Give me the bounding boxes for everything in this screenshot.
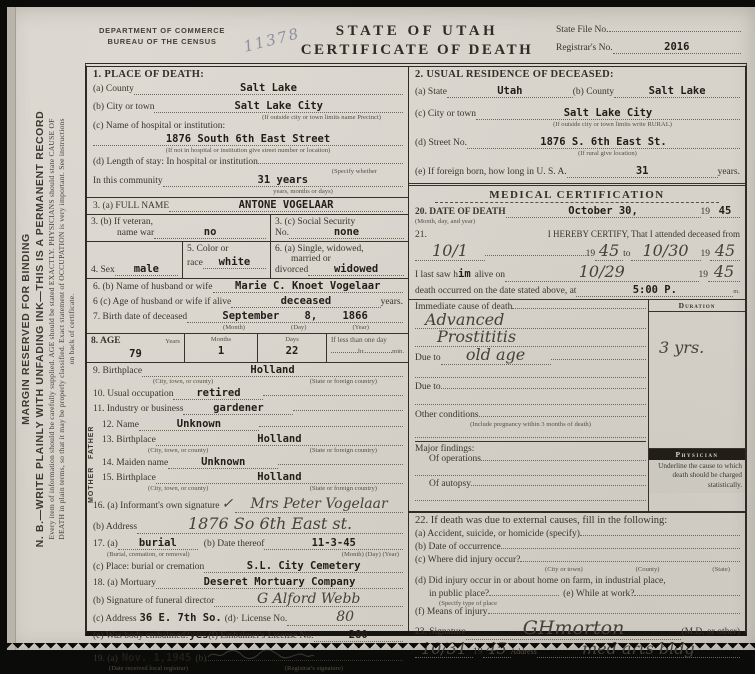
full-name-value: ANTONE VOGELAAR — [169, 200, 403, 212]
hospital-label-row: (c) Name of hospital or institution: — [93, 121, 403, 131]
birthplace-caption-1: (City, town, or county) — [153, 378, 213, 385]
race-value: white — [203, 257, 266, 269]
foreign-born-value: 31 — [567, 166, 718, 178]
veteran-value: no — [154, 227, 266, 239]
mortuary-address-value: 36 E. 7th So. — [140, 612, 222, 624]
attended-from-year-prefix: 19 — [586, 249, 596, 259]
mother-bp-caption-1: (City, town, or county) — [148, 485, 208, 492]
section-cause-of-death: Duration 3 yrs. Physician Underline the … — [409, 299, 745, 511]
mortuary-value: Deseret Mortuary Company — [156, 577, 403, 589]
blank-line-1 — [415, 365, 646, 378]
birthplace-row: 9. Birthplace Holland — [93, 365, 403, 377]
date-of-death-value: October 30, — [506, 206, 701, 218]
license-label: (d)· License No. — [225, 614, 288, 624]
date-thereof-label: (b) Date thereof — [204, 539, 265, 549]
mother-name-row: 14. Maiden name Unknown — [102, 457, 403, 469]
father-birthplace-value: Holland — [156, 434, 403, 446]
age-label: 8. AGE — [91, 336, 121, 346]
section-disposition: 17. (a) burial (b) Date thereof 11-3-45 … — [87, 536, 408, 575]
date-thereof-value: 11-3-45 — [264, 538, 403, 550]
burial-place-row: (c) Place: burial or cremation S.L. City… — [93, 561, 403, 573]
foreign-born-label: (e) If foreign born, how long in U. S. A… — [415, 167, 567, 177]
foreign-born-row: (e) If foreign born, how long in U. S. A… — [415, 166, 740, 178]
death-time-row: death occurred on the date stated above,… — [415, 285, 740, 297]
section-parents: FATHER MOTHER 12. Name Unknown 13. Birth… — [87, 417, 408, 494]
sex-value: male — [115, 264, 178, 276]
license-value: 80 — [287, 610, 403, 626]
last-saw-label-1: I last saw h — [415, 270, 458, 280]
duration-value: 3 yrs. — [659, 338, 704, 357]
informant-signature-value: Mrs Peter Vogelaar — [235, 497, 403, 513]
spouse-age-label: 6 (c) Age of husband or wife if alive — [93, 297, 231, 307]
section-age-table: 8. AGE Years 79 Months 1 Days 22 If less… — [87, 333, 408, 363]
autopsy-blank-2 — [415, 489, 646, 501]
residence-state-row: (a) State Utah (b) County Salt Lake — [415, 86, 740, 98]
duration-header: Duration — [649, 300, 745, 312]
sex-label: 4. Sex — [91, 265, 115, 275]
certify-number: 21. — [415, 230, 427, 240]
city-value: Salt Lake City — [154, 101, 403, 113]
age-years-value: 79 — [91, 348, 180, 360]
occupation-value: retired — [173, 388, 263, 400]
occupation-label: 10. Usual occupation — [93, 389, 173, 399]
burial-place-label: (c) Place: burial or cremation — [93, 562, 204, 572]
file-number-block: State File No. Registrar's No. 2016 — [556, 25, 741, 61]
margin-line-5: on back of certificate. — [67, 9, 77, 649]
embalmer-license-label: (f) Embalmer's License No. — [208, 631, 313, 641]
county-value: Salt Lake — [134, 83, 403, 95]
means-of-injury-blank — [488, 613, 740, 614]
margin-line-2: N. B.—WRITE PLAINLY WITH UNFADING INK—TH… — [33, 9, 47, 649]
attended-to-year: 45 — [710, 243, 740, 261]
industry-label: 11. Industry or business — [93, 404, 183, 414]
autopsy-blank — [471, 485, 646, 486]
attended-to-value: 10/30 — [631, 243, 701, 261]
mother-rotated-label: MOTHER — [88, 463, 100, 507]
residence-street-row: (d) Street No. 1876 S. 6th East St. — [415, 137, 740, 149]
father-name-row: 12. Name Unknown — [102, 419, 403, 431]
county-label: (a) County — [93, 84, 134, 94]
other-conditions-blank — [479, 416, 646, 417]
residence-street-label: (d) Street No. — [415, 138, 467, 148]
informant-address-value: 1876 So 6th East st. — [137, 516, 403, 534]
attended-from-value: 10/1 — [415, 243, 485, 261]
external-causes-heading: 22. If death was due to external causes,… — [415, 515, 740, 526]
mother-birthplace-value: Holland — [156, 472, 403, 484]
section-external-causes: 22. If death was due to external causes,… — [409, 511, 745, 661]
accident-blank — [580, 535, 740, 536]
sex-cell: 4. Sex male — [87, 242, 182, 278]
operations-label: Of operations — [429, 454, 481, 464]
injury-where-row: (c) Where did injury occur? — [415, 555, 740, 565]
operations-row: Of operations — [415, 454, 646, 464]
other-conditions-row: Other conditions — [415, 410, 646, 420]
marital-value: widowed — [308, 264, 404, 276]
accident-label: (a) Accident, suicide, or homicide (spec… — [415, 529, 580, 539]
physician-header: Physician — [649, 449, 745, 460]
certify-text: I HEREBY CERTIFY, That I attended deceas… — [548, 229, 740, 239]
mother-name-blank — [278, 464, 403, 465]
veteran-label-1: 3. (b) If veteran, — [91, 217, 266, 227]
length-of-stay-blank — [258, 163, 403, 164]
certify-row-2: 10/1 19 45 to 10/30 19 45 — [415, 243, 740, 261]
race-label-2: race — [187, 258, 203, 268]
ssn-label-2: No. — [275, 228, 289, 238]
occurrence-date-row: (b) Date of occurrence — [415, 542, 740, 552]
registrar-received-number: 19. (a) — [93, 654, 118, 662]
due-to-1-blank — [551, 359, 646, 360]
marital-label-3: divorced — [275, 265, 308, 275]
birthdate-row: 7. Birth date of deceased September 8, 1… — [93, 311, 403, 323]
means-of-injury-label: (f) Means of injury — [415, 607, 488, 617]
section-place-of-death: 1. PLACE OF DEATH: (a) County Salt Lake … — [87, 67, 408, 198]
father-name-label: 12. Name — [102, 420, 139, 430]
operations-blank — [481, 460, 646, 461]
section-certify: 21. I HEREBY CERTIFY, That I attended de… — [409, 227, 745, 299]
state-file-blank — [609, 31, 741, 32]
funeral-director-row: (b) Signature of funeral director G Alfo… — [93, 592, 403, 608]
residence-county-label: (b) County — [573, 87, 614, 97]
death-time-m: m. — [733, 288, 740, 295]
full-name-label: 3. (a) FULL NAME — [93, 201, 169, 211]
informant-checkmark: ✓ — [222, 496, 234, 512]
registrar-sig-label: (b) — [195, 654, 206, 662]
form-header: DEPARTMENT OF COMMERCE BUREAU OF THE CEN… — [85, 15, 749, 63]
duration-column: Duration 3 yrs. Physician Underline the … — [648, 300, 745, 511]
last-saw-row: I last saw h im alive on 10/29 19 45 — [415, 264, 740, 282]
date-of-death-year: 45 — [710, 206, 740, 218]
embalmed-label: (e) Was body embalmed? — [93, 631, 189, 641]
residence-city-row: (c) City or town Salt Lake City — [415, 108, 740, 120]
certificate-form: 1. PLACE OF DEATH: (a) County Salt Lake … — [85, 63, 747, 636]
while-at-work-blank — [634, 595, 740, 596]
attended-from-year: 45 — [595, 243, 623, 261]
injury-county-caption: (County) — [636, 566, 660, 573]
specify-whether-caption: (Specify whether — [332, 168, 377, 175]
residence-county-value: Salt Lake — [614, 86, 740, 98]
margin-line-1: MARGIN RESERVED FOR BINDING — [19, 9, 33, 649]
injury-place-blank — [489, 595, 559, 596]
burial-place-value: S.L. City Cemetery — [204, 561, 403, 573]
injury-where-label: (c) Where did injury occur? — [415, 555, 520, 565]
community-row: In this community 31 years — [93, 175, 403, 187]
right-column: 2. USUAL RESIDENCE OF DECEASED: (a) Stat… — [409, 67, 745, 631]
age-less-cell: If less than one day hr. min. — [326, 334, 408, 362]
residence-state-label: (a) State — [415, 87, 447, 97]
age-hr-blank — [331, 352, 358, 353]
father-bp-caption-2: (State or foreign country) — [310, 447, 377, 454]
residence-street-value: 1876 S. 6th East St. — [467, 137, 740, 149]
age-header-row: 8. AGE Years — [91, 336, 180, 346]
injury-place-caption: (Specify type of place — [439, 600, 497, 607]
informant-address-row: (b) Address 1876 So 6th East st. — [93, 516, 403, 534]
mortuary-address-row: (c) Address 36 E. 7th So. (d)· License N… — [93, 610, 403, 626]
race-cell: 5. Color or race white — [182, 242, 270, 278]
mortuary-address-label: (c) Address — [93, 614, 137, 624]
last-saw-him-typed: im — [458, 268, 471, 280]
age-months-value: 1 — [189, 345, 253, 357]
disposition-row: 17. (a) burial (b) Date thereof 11-3-45 — [93, 538, 403, 550]
mother-birthplace-label: 15. Birthplace — [102, 473, 156, 483]
occupation-row: 10. Usual occupation retired — [93, 388, 403, 400]
injury-city-caption: (City or town) — [545, 566, 583, 573]
industry-row: 11. Industry or business gardener — [93, 403, 403, 415]
injury-place-label-2: in public place? — [429, 589, 489, 599]
attended-to-label: to — [623, 249, 630, 259]
while-at-work-label: (e) While at work? — [563, 589, 634, 599]
age-hr-label: hr. — [358, 348, 365, 355]
physician-signature-row: 23. Signature GHmorton (M.D. or other) — [415, 619, 740, 640]
accident-row: (a) Accident, suicide, or homicide (spec… — [415, 529, 740, 539]
father-name-value: Unknown — [139, 419, 259, 431]
age-min-blank — [365, 352, 392, 353]
spouse-value: Marie C. Knoet Vogelaar — [213, 281, 403, 293]
death-time-label: death occurred on the date stated above,… — [415, 286, 576, 296]
certify-row-1: 21. I HEREBY CERTIFY, That I attended de… — [415, 229, 740, 240]
birthplace-caption-2: (State or foreign country) — [310, 378, 377, 385]
section-residence: 2. USUAL RESIDENCE OF DECEASED: (a) Stat… — [409, 67, 745, 186]
due-to-1-label: Due to — [415, 353, 441, 363]
marital-cell: 6. (a) Single, widowed, married or divor… — [270, 242, 408, 278]
birthdate-caption-day: (Day) — [291, 324, 306, 331]
community-value: 31 years — [163, 175, 403, 187]
hospital-value-row: 1876 South 6th East Street — [93, 134, 403, 146]
age-hr-min-row: hr. min. — [331, 348, 404, 355]
informant-signature-label: 16. (a) Informant's own signature — [93, 501, 220, 511]
place-of-death-heading: 1. PLACE OF DEATH: — [93, 69, 403, 80]
occupation-blank — [263, 395, 403, 396]
registrar-no-label: Registrar's No. — [556, 43, 613, 53]
residence-city-label: (c) City or town — [415, 109, 476, 119]
birthdate-value: September 8, 1866 — [187, 311, 403, 323]
injury-where-blank — [520, 561, 740, 562]
informant-address-label: (b) Address — [93, 522, 137, 532]
physician-note-box: Physician Underline the cause to which d… — [648, 448, 745, 493]
residence-state-value: Utah — [447, 86, 573, 98]
age-months-label: Months — [189, 336, 253, 343]
margin-line-3: Every item of information should be care… — [47, 9, 57, 649]
last-saw-year-prefix: 19 — [699, 270, 709, 280]
date-of-death-year-prefix: 19 — [701, 207, 711, 217]
city-row: (b) City or town Salt Lake City — [93, 101, 403, 113]
section-spouse-birthdate: 6. (b) Name of husband or wife Marie C. … — [87, 279, 408, 333]
ssn-cell: 3. (c) Social Security No. none — [270, 215, 408, 241]
foreign-born-suffix: years. — [718, 167, 740, 177]
age-cell: 8. AGE Years 79 — [87, 334, 184, 362]
occurrence-date-label: (b) Date of occurrence — [415, 542, 501, 552]
disposition-number: 17. (a) — [93, 539, 118, 549]
age-min-label: min. — [392, 348, 404, 355]
perforated-bottom-edge — [7, 643, 755, 651]
race-label-1: 5. Color or — [187, 244, 266, 254]
age-days-label: Days — [262, 336, 322, 343]
operations-blank-2 — [415, 464, 646, 476]
race-row: race white — [187, 257, 266, 269]
section-full-name: 3. (a) FULL NAME ANTONE VOGELAAR — [87, 198, 408, 215]
birthdate-caption-month: (Month) — [223, 324, 245, 331]
county-row: (a) County Salt Lake — [93, 83, 403, 95]
due-to-1-value: old age — [441, 347, 551, 365]
other-conditions-caption: (Include pregnancy within 3 months of de… — [470, 421, 591, 428]
immediate-cause-line-2: Prostititis — [415, 329, 646, 347]
veteran-label-2: name war — [117, 228, 154, 238]
state-file-label: State File No. — [556, 25, 609, 35]
hospital-caption: (If not in hospital or institution give … — [166, 147, 330, 154]
disposition-type-caption: (Burial, cremation, or removal) — [107, 551, 190, 558]
occurrence-date-blank — [501, 548, 740, 549]
means-of-injury-row: (f) Means of injury — [415, 607, 740, 617]
age-days-value: 22 — [262, 345, 322, 357]
mother-bp-caption-2: (State or foreign country) — [310, 485, 377, 492]
medical-certification-heading: MEDICAL CERTIFICATION — [435, 189, 719, 203]
marital-row: divorced widowed — [275, 264, 404, 276]
industry-blank — [293, 410, 403, 411]
left-column: 1. PLACE OF DEATH: (a) County Salt Lake … — [87, 67, 409, 631]
date-of-death-label: 20. DATE OF DEATH — [415, 207, 506, 217]
birthdate-label: 7. Birth date of deceased — [93, 312, 187, 322]
physician-signature-value: GHmorton — [466, 619, 682, 640]
state-file-row: State File No. — [556, 25, 741, 35]
section-sex-race-marital: 4. Sex male 5. Color or race white 6. (a… — [87, 242, 408, 279]
residence-city-value: Salt Lake City — [476, 108, 740, 120]
physician-note: Underline the cause to which death shoul… — [649, 460, 745, 493]
paper-binding-edge — [7, 7, 16, 650]
veteran-row: name war no — [91, 227, 266, 239]
father-name-blank — [259, 426, 403, 427]
residence-city-caption: (If outside city or town limits write RU… — [553, 121, 672, 128]
length-of-stay-row: (d) Length of stay: In hospital or insti… — [93, 157, 403, 167]
autopsy-row: Of autopsy — [415, 479, 646, 489]
mother-name-label: 14. Maiden name — [102, 458, 168, 468]
age-years-label: Years — [165, 338, 180, 345]
physician-signature-suffix: (M.D. or other) — [681, 627, 740, 637]
due-to-2-blank — [441, 388, 646, 389]
certificate-paper: MARGIN RESERVED FOR BINDING N. B.—WRITE … — [7, 7, 755, 650]
father-birthplace-row: 13. Birthplace Holland — [102, 434, 403, 446]
mortuary-label: 18. (a) Mortuary — [93, 578, 156, 588]
mother-birthplace-row: 15. Birthplace Holland — [102, 472, 403, 484]
injury-place-row: in public place? (e) While at work? — [415, 589, 740, 599]
last-saw-year: 45 — [708, 264, 740, 282]
age-less-label: If less than one day — [331, 336, 404, 344]
community-label: In this community — [93, 176, 163, 186]
due-to-1-row: Due to old age — [415, 347, 646, 365]
birthdate-caption-year: (Year) — [352, 324, 369, 331]
physician-signature-label: 23. Signature — [415, 627, 466, 637]
city-label: (b) City or town — [93, 102, 154, 112]
ssn-row: No. none — [275, 227, 404, 239]
date-of-death-sublabel: (Month, day, and year) — [415, 218, 740, 225]
spouse-age-value: deceased — [231, 296, 380, 308]
veteran-cell: 3. (b) If veteran, name war no — [87, 215, 270, 241]
community-caption: years, months or days) — [273, 188, 333, 195]
residence-heading: 2. USUAL RESIDENCE OF DECEASED: — [415, 69, 740, 80]
father-birthplace-label: 13. Birthplace — [102, 435, 156, 445]
section-informant: 16. (a) Informant's own signature ✓ Mrs … — [87, 494, 408, 535]
father-bp-caption-1: (City, town, or county) — [148, 447, 208, 454]
sex-row: 4. Sex male — [91, 264, 178, 276]
other-conditions-label: Other conditions — [415, 410, 479, 420]
age-months-cell: Months 1 — [184, 334, 257, 362]
autopsy-label: Of autopsy — [429, 479, 471, 489]
embalmed-row: (e) Was body embalmed? yes (f) Embalmer'… — [93, 629, 403, 642]
hospital-label: (c) Name of hospital or institution: — [93, 121, 225, 131]
attended-to-year-prefix: 19 — [701, 249, 711, 259]
date-of-death-row: 20. DATE OF DEATH October 30, 19 45 — [415, 206, 740, 218]
ssn-value: none — [289, 227, 404, 239]
injury-place-label-1: (d) Did injury occur in or about home on… — [415, 576, 740, 586]
margin-line-4: DEATH in plain terms, so that it may be … — [57, 9, 67, 649]
birthplace-value: Holland — [142, 365, 403, 377]
attended-from-blank — [485, 255, 586, 256]
major-findings-label: Major findings: — [415, 444, 646, 454]
injury-state-caption: (State) — [712, 566, 730, 573]
embalmed-value: yes — [189, 629, 208, 641]
embalmer-license-value: 280 — [314, 630, 404, 642]
mortuary-row: 18. (a) Mortuary Deseret Mortuary Compan… — [93, 577, 403, 589]
age-days-cell: Days 22 — [257, 334, 326, 362]
length-of-stay-label: (d) Length of stay: In hospital or insti… — [93, 157, 258, 167]
death-time-value: 5:00 P. — [576, 285, 733, 297]
birthplace-label: 9. Birthplace — [93, 366, 142, 376]
informant-signature-row: 16. (a) Informant's own signature ✓ Mrs … — [93, 496, 403, 513]
spouse-row: 6. (b) Name of husband or wife Marie C. … — [93, 281, 403, 293]
city-caption: (If outside city or town limits name Pre… — [262, 114, 381, 121]
date-thereof-caption: (Month) (Day) (Year) — [342, 551, 399, 558]
last-saw-date: 10/29 — [505, 264, 698, 282]
marital-label-1: 6. (a) Single, widowed, — [275, 244, 404, 254]
binding-margin-text: MARGIN RESERVED FOR BINDING N. B.—WRITE … — [17, 7, 79, 650]
registrar-received-date: Nov. 1,1945 — [122, 652, 192, 662]
registrar-no-row: Registrar's No. 2016 — [556, 42, 741, 54]
due-to-2-row: Due to — [415, 382, 646, 392]
major-findings-block: Major findings: Of operations Of autopsy — [415, 441, 646, 501]
section-date-of-death: 20. DATE OF DEATH October 30, 19 45 (Mon… — [409, 204, 745, 227]
registrar-no-value: 2016 — [613, 42, 741, 54]
spouse-label: 6. (b) Name of husband or wife — [93, 282, 213, 292]
disposition-type-value: burial — [118, 538, 198, 550]
spouse-age-suffix: years. — [381, 297, 403, 307]
spouse-age-row: 6 (c) Age of husband or wife if alive de… — [93, 296, 403, 308]
due-to-2-label: Due to — [415, 382, 441, 392]
funeral-director-label: (b) Signature of funeral director — [93, 596, 214, 606]
last-saw-label-2: alive on — [475, 270, 505, 280]
immediate-cause-blank — [512, 308, 646, 309]
hospital-value: 1876 South 6th East Street — [93, 134, 403, 146]
funeral-director-signature: G Alford Webb — [214, 592, 403, 608]
industry-value: gardener — [183, 403, 293, 415]
father-rotated-label: FATHER — [88, 421, 100, 463]
blank-line-2 — [415, 392, 646, 405]
full-name-row: 3. (a) FULL NAME ANTONE VOGELAAR — [93, 200, 403, 212]
blank-line-3 — [415, 428, 646, 438]
mother-name-value: Unknown — [168, 457, 278, 469]
section-veteran-ssn: 3. (b) If veteran, name war no 3. (c) So… — [87, 215, 408, 242]
residence-street-caption: (If rural give location) — [578, 150, 637, 157]
section-birthplace-occupation: 9. Birthplace Holland (City, town, or co… — [87, 363, 408, 417]
